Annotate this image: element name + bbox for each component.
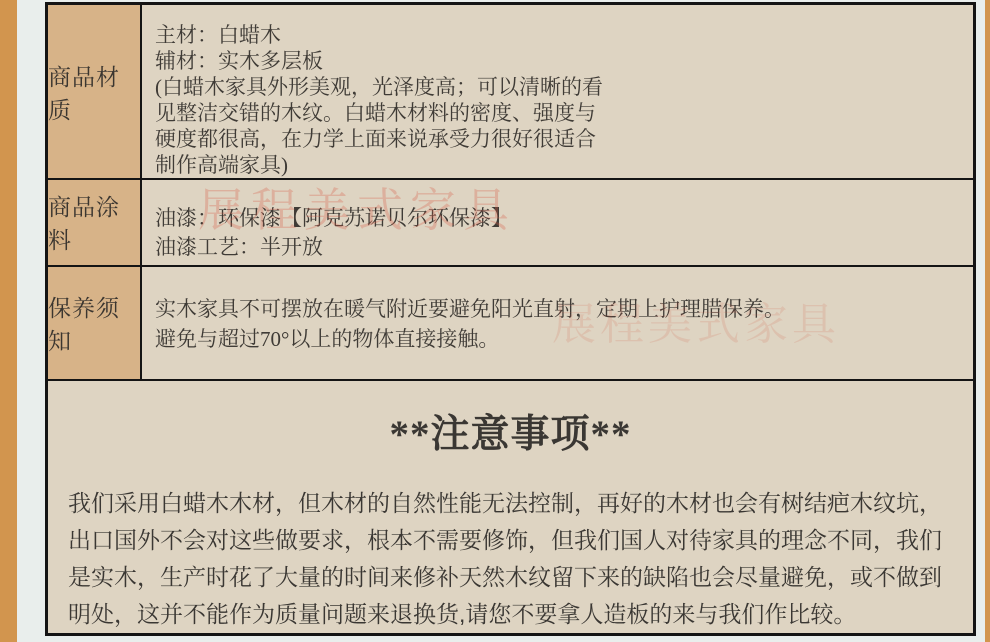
spec-value-care: 实木家具不可摆放在暖气附近要避免阳光直射，定期上护理腊保养。 避免与超过70°以… xyxy=(142,267,973,379)
spec-value-material: 主材：白蜡木 辅材：实木多层板 (白蜡木家具外形美观，光泽度高；可以清晰的看 见… xyxy=(142,5,973,178)
spec-label-material: 商品材质 xyxy=(48,5,142,178)
notice-title: **注意事项** xyxy=(48,403,973,459)
spec-line: 硬度都很高，在力学上面来说承受力很好很适合 xyxy=(155,126,963,152)
spec-value-paint: 油漆：环保漆【阿克苏诺贝尔环保漆】 油漆工艺：半开放 xyxy=(142,180,973,265)
spec-row-material: 商品材质 主材：白蜡木 辅材：实木多层板 (白蜡木家具外形美观，光泽度高；可以清… xyxy=(48,5,973,180)
notice-line: 是实木，生产时花了大量的时间来修补天然木纹留下来的缺陷也会尽量避免，或不做到 xyxy=(68,559,945,596)
spec-line: 主材：白蜡木 xyxy=(155,22,963,48)
spec-label-care: 保养须知 xyxy=(48,267,142,379)
notice-line: 出口国外不会对这些做要求，根本不需要修饰，但我们国人对待家具的理念不同，我们 xyxy=(68,522,945,559)
spec-row-paint: 商品涂料 油漆：环保漆【阿克苏诺贝尔环保漆】 油漆工艺：半开放 xyxy=(48,180,973,267)
spec-label-paint: 商品涂料 xyxy=(48,180,142,265)
notice-section: **注意事项** 我们采用白蜡木木材，但木材的自然性能无法控制，再好的木材也会有… xyxy=(48,381,973,633)
notice-line: 我们采用白蜡木木材，但木材的自然性能无法控制，再好的木材也会有树结疤木纹坑， xyxy=(68,485,945,522)
product-spec-table: 商品材质 主材：白蜡木 辅材：实木多层板 (白蜡木家具外形美观，光泽度高；可以清… xyxy=(45,2,976,636)
spec-line: 油漆：环保漆【阿克苏诺贝尔环保漆】 xyxy=(155,204,963,233)
spec-line: 制作高端家具) xyxy=(155,152,963,178)
page-background: 商品材质 主材：白蜡木 辅材：实木多层板 (白蜡木家具外形美观，光泽度高；可以清… xyxy=(0,0,990,642)
spec-line: 实木家具不可摆放在暖气附近要避免阳光直射，定期上护理腊保养。 xyxy=(155,294,963,324)
content-area: 商品材质 主材：白蜡木 辅材：实木多层板 (白蜡木家具外形美观，光泽度高；可以清… xyxy=(17,0,985,642)
spec-line: 见整洁交错的木纹。白蜡木材料的密度、强度与 xyxy=(155,100,963,126)
notice-line: 明处，这并不能作为质量问题来退换货,请您不要拿人造板的来与我们作比较。 xyxy=(68,596,945,633)
spec-line: 避免与超过70°以上的物体直接接触。 xyxy=(155,324,963,354)
spec-line: 辅材：实木多层板 xyxy=(155,48,963,74)
spec-line: 油漆工艺：半开放 xyxy=(155,233,963,262)
spec-line: (白蜡木家具外形美观，光泽度高；可以清晰的看 xyxy=(155,74,963,100)
spec-row-care: 保养须知 实木家具不可摆放在暖气附近要避免阳光直射，定期上护理腊保养。 避免与超… xyxy=(48,267,973,381)
notice-body: 我们采用白蜡木木材，但木材的自然性能无法控制，再好的木材也会有树结疤木纹坑， 出… xyxy=(48,485,973,633)
